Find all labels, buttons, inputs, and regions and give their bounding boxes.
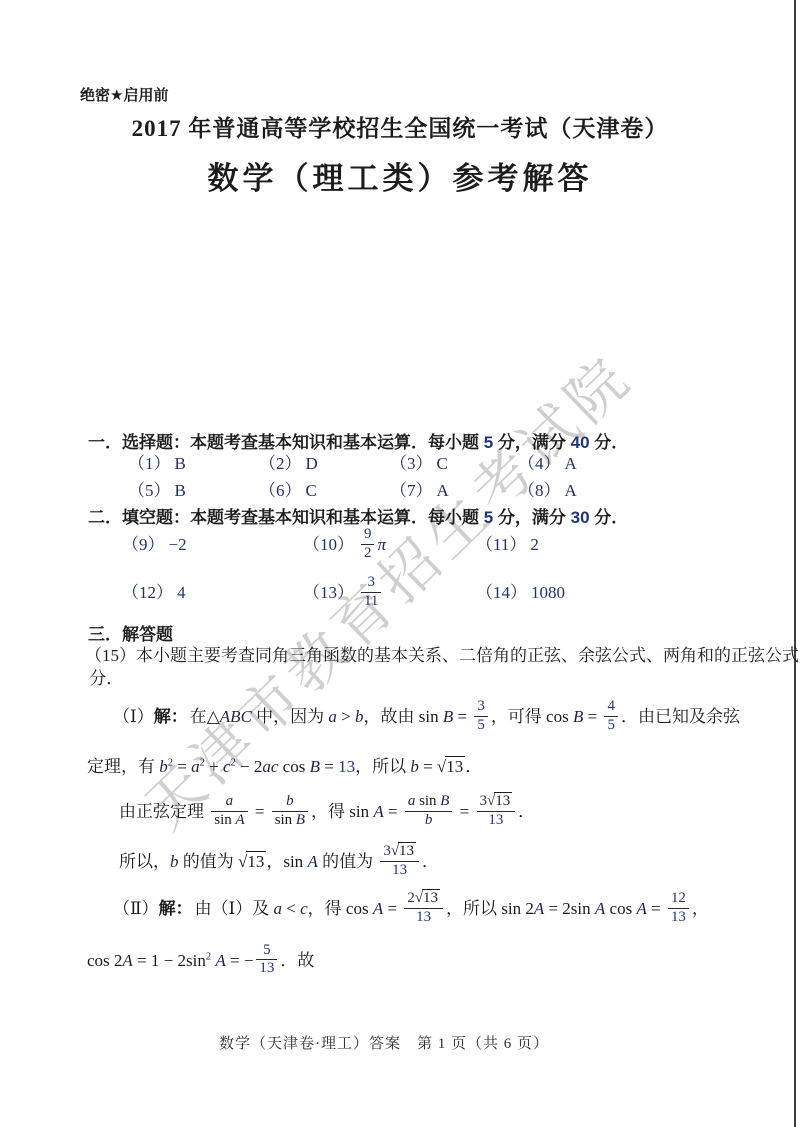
solve-label: 解： (159, 899, 193, 918)
answer-label: （5） (128, 481, 171, 500)
choice-answer-2: （2）D (259, 453, 318, 475)
fill-answer-10: （10）92π (303, 525, 386, 565)
choice-answer-8: （8）A (518, 480, 577, 502)
choice-answer-7: （7）A (390, 480, 449, 502)
answer-value: D (306, 454, 318, 473)
paper-title: 数学（理工类）参考解答 (0, 153, 800, 198)
answer-value: 2 (530, 535, 539, 554)
fill-answer-11: （11）2 (476, 525, 539, 565)
q15-intro-paragraph: （15）本小题主要考查同角三角函数的基本关系、二倍角的正弦、余弦公式、两角和的正… (85, 644, 713, 690)
answer-label: （11） (476, 535, 526, 554)
choice-answer-3: （3）C (390, 453, 448, 475)
answer-value: 4 (177, 583, 186, 602)
answer-value: 1080 (531, 583, 565, 602)
choice-section-heading: 一．选择题：本题考查基本知识和基本运算．每小题 5 分，满分 40 分． (88, 428, 628, 453)
choice-answer-1: （1）B (128, 453, 186, 475)
answer-value: C (437, 454, 448, 473)
solution-line-5: （Ⅱ）解：由（Ⅰ）及 a < c，得 cos A = 2√1313，所以 sin… (113, 886, 709, 932)
answer-label: （12） (122, 583, 173, 602)
answer-label: （13） (303, 583, 354, 602)
exam-title: 2017 年普通高等学校招生全国统一考试（天津卷） (0, 110, 800, 143)
solution-line-6: cos 2A = 1 − 2sin2 A = −513．故 (85, 936, 314, 982)
page-footer: 数学（天津卷·理工）答案 第 1 页（共 6 页） (0, 1032, 768, 1053)
solution-line-1: （Ⅰ）解：在△ABC 中，因为 a > b，故由 sin B = 35，可得 c… (113, 695, 740, 739)
solution-line-2: 定理，有 b2 = a2 + c2 − 2ac cos B = 13，所以 b … (85, 750, 482, 780)
part-label: （Ⅱ） (113, 899, 159, 918)
solution-math: 定理，有 b2 = a2 + c2 − 2ac cos B = 13，所以 b … (87, 757, 482, 776)
answer-value: B (175, 454, 186, 473)
answer-value: A (437, 481, 449, 500)
answer-label: （1） (128, 454, 171, 473)
answer-label: （8） (518, 481, 561, 500)
answer-label: （6） (259, 481, 302, 500)
part-label: （Ⅰ） (113, 707, 154, 726)
answer-value: B (175, 481, 186, 500)
solution-math: 由（Ⅰ）及 a < c，得 cos A = 2√1313，所以 sin 2A =… (195, 899, 709, 918)
fill-answer-14: （14）1080 (476, 573, 565, 613)
answer-value: −2 (169, 535, 187, 554)
answer-value: 92π (358, 535, 386, 554)
answer-value: 311 (358, 583, 384, 602)
answer-value: A (565, 481, 577, 500)
solution-line-4: 所以，b 的值为 √13，sin A 的值为 3√1313． (117, 840, 439, 884)
answer-value: C (306, 481, 317, 500)
document-page: 天津市教育招生考试院 绝密★启用前 2017 年普通高等学校招生全国统一考试（天… (0, 0, 800, 1127)
choice-answer-6: （6）C (259, 480, 317, 502)
classification-label: 绝密★启用前 (80, 84, 168, 105)
answer-label: （4） (518, 454, 561, 473)
solution-math: 由正弦定理 asin A = bsin B，得 sin A = a sin Bb… (119, 802, 535, 821)
choice-answer-5: （5）B (128, 480, 186, 502)
solution-math: 在△ABC 中，因为 a > b，故由 sin B = 35，可得 cos B … (190, 707, 740, 726)
fill-answer-9: （9）−2 (122, 525, 187, 565)
answer-label: （14） (476, 583, 527, 602)
answer-label: （10） (303, 535, 354, 554)
answer-label: （7） (390, 481, 433, 500)
answer-label: （3） (390, 454, 433, 473)
fill-answer-12: （12）4 (122, 573, 186, 613)
solution-math: cos 2A = 1 − 2sin2 A = −513．故 (87, 951, 314, 970)
solution-line-3: 由正弦定理 asin A = bsin B，得 sin A = a sin Bb… (117, 788, 535, 836)
answer-label: （9） (122, 535, 165, 554)
solution-section-heading: 三．解答题 (88, 620, 173, 645)
answer-label: （2） (259, 454, 302, 473)
choice-answer-4: （4）A (518, 453, 577, 475)
fill-answer-13: （13）311 (303, 573, 384, 613)
answer-value: A (565, 454, 577, 473)
solve-label: 解： (154, 707, 188, 726)
solution-math: 所以，b 的值为 √13，sin A 的值为 3√1313． (119, 852, 439, 871)
